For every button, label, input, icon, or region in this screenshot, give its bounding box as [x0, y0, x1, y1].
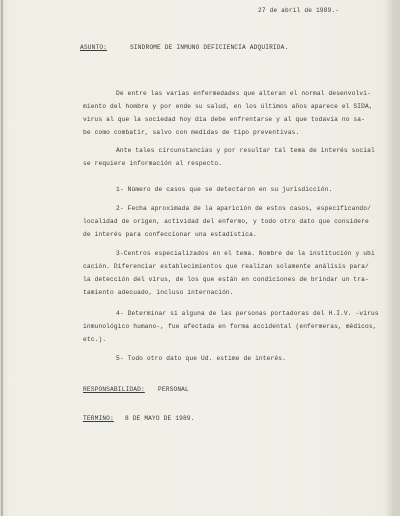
page-right-edge	[392, 0, 400, 516]
item-2-line-3: de interés para confeccionar una estadís…	[83, 231, 257, 238]
scanned-document-page: 27 de abril de 1989.- ASUNTO: SINDROME D…	[0, 0, 400, 516]
item-4-line-1: 4- Determinar si alguna de las personas …	[116, 310, 379, 317]
page-left-edge	[1, 0, 3, 516]
item-4-line-2: inmunológico humano-, fue afectada en fo…	[83, 323, 377, 330]
deadline-value: 8 DE MAYO DE 1989.	[125, 415, 195, 422]
document-date: 27 de abril de 1989.-	[258, 7, 339, 14]
item-1-line-1: 1- Número de casos que se detectaron en …	[116, 186, 332, 193]
paragraph-1-line-1: De entre las varias enfermedades que alt…	[116, 90, 371, 97]
item-5-line-1: 5- Todo otro dato que Ud. estime de inte…	[116, 355, 286, 362]
item-3-line-1: 3-Centros especializados en el tema. Nom…	[116, 250, 375, 257]
paragraph-1-line-4: be como combatir, salvo con medidas de t…	[83, 129, 299, 136]
item-3-line-4: tamiento adecuado, incluso internación.	[83, 289, 234, 296]
item-4-line-3: etc.).	[83, 336, 106, 343]
paragraph-1-line-2: miento del hombre y por ende su salud, e…	[83, 103, 373, 110]
paragraph-2-line-1: Ante tales circunstancias y por resultar…	[116, 147, 375, 154]
item-3-line-3: la detección del virus, de los que están…	[83, 276, 369, 283]
item-3-line-2: cación. Diferenciar establecimientos que…	[83, 263, 369, 270]
paragraph-1-line-3: virus al que la sociedad hoy día debe en…	[83, 116, 365, 123]
paragraph-2-line-2: se requiere información al respecto.	[83, 160, 222, 167]
item-2-line-2: localidad de origen, actividad del enfer…	[83, 218, 369, 225]
item-2-line-1: 2- Fecha aproximada de la aparición de e…	[116, 205, 371, 212]
deadline-label: TERMINO:	[83, 415, 114, 422]
subject-label: ASUNTO:	[80, 44, 107, 51]
subject-text: SINDROME DE INMUNO DEFICIENCIA ADQUIRIDA…	[130, 44, 288, 51]
responsibility-value: PERSONAL	[158, 386, 189, 393]
responsibility-label: RESPONSABILIDAD:	[83, 386, 145, 393]
